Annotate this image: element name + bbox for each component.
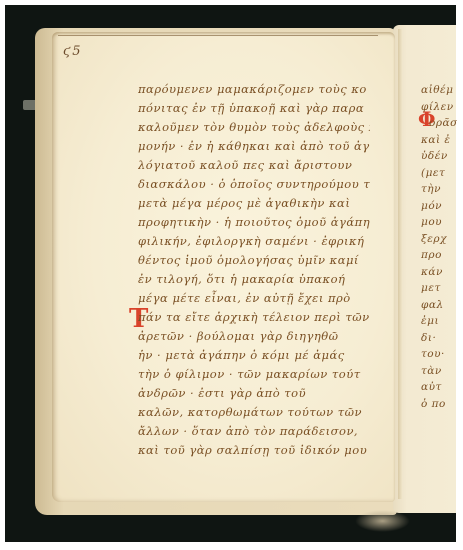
text-line: παρόυμενεν μαμακάριζομεν τοὺς κο xyxy=(138,80,370,99)
text-line: κάν xyxy=(421,264,457,281)
text-line: μετ xyxy=(421,280,457,297)
text-line: καλοῦμεν τὸν θυμὸν τοὺς ἀδελφοὺς πο xyxy=(138,118,370,137)
text-line: αὐτ xyxy=(421,379,457,396)
text-line: μέγα μέτε εἶναι, ἐν αὐτῇ ἔχει πρὸ xyxy=(138,289,370,308)
text-line: μόν xyxy=(421,198,457,215)
text-line: ἡν · μετὰ ἀγάπην ὁ κόμι μέ ἀμάς xyxy=(138,346,370,365)
text-line: καὶ τοῦ γὰρ σαλπίσῃ τοῦ ἰδικόν μου xyxy=(138,441,370,460)
text-line: ὑδέν xyxy=(421,148,457,165)
left-page-text: παρόυμενεν μαμακάριζομεν τοὺς κο πόνιτας… xyxy=(138,80,370,460)
text-line: πάν τα εἴτε ἀρχικὴ τέλειον περὶ τῶν ὤν xyxy=(138,308,370,327)
text-line: ἐν τιλογή, ὅτι ἡ μακαρία ὑπακοή xyxy=(138,270,370,289)
text-line: ξερχ xyxy=(421,231,457,248)
binding-thread-tassel xyxy=(355,510,410,532)
text-line: πόνιτας ἐν τῇ ὑπακοῇ καὶ γὰρ παρα xyxy=(138,99,370,118)
text-line: καὶ ἐ xyxy=(421,132,457,149)
text-line: ἀνδρῶν · ἐστι γὰρ ἀπὸ τοῦ xyxy=(138,384,370,403)
text-line: μονήν · ἐν ἡ κάθηκαι καὶ ἀπὸ τοῦ ἀγα xyxy=(138,137,370,156)
text-line: τὴν ὁ φίλιμον · τῶν μακαρίων τούτ xyxy=(138,365,370,384)
text-line: θέντος ἰμοῦ ὁμολογήσας ὑμῖν καμί xyxy=(138,251,370,270)
text-line: προ xyxy=(421,247,457,264)
text-line: μετὰ μέγα μέρος μὲ ἀγαθικὴν καὶ xyxy=(138,194,370,213)
text-line: προφητικὴν · ἡ ποιοῦτος ὁμοῦ ἀγάπη xyxy=(138,213,370,232)
text-line: τὰν xyxy=(421,363,457,380)
page-top-rule xyxy=(58,35,378,36)
text-line: δι· xyxy=(421,330,457,347)
text-line: τὴν xyxy=(421,181,457,198)
text-line: ἐμι xyxy=(421,313,457,330)
text-line: αἰθέμ xyxy=(421,82,457,99)
text-line: (μετ xyxy=(421,165,457,182)
text-line: διασκάλου · ὁ ὁποῖος συντηρούμου τὰς xyxy=(138,175,370,194)
text-line: φιλικήν, ἐφιλοργκὴ σαμένι · ἐφρική xyxy=(138,232,370,251)
text-line: ὁ πο xyxy=(421,396,457,413)
text-line: μου xyxy=(421,214,457,231)
text-line: λόγιατοῦ καλοῦ πες καὶ ἄριστουν xyxy=(138,156,370,175)
text-line: ορᾶσ xyxy=(421,115,457,132)
book-gutter xyxy=(398,29,402,499)
text-line: ἄλλων · ὅταν ἀπὸ τὸν παράδεισον, xyxy=(138,422,370,441)
folio-number: ϛ5 xyxy=(63,44,83,59)
text-line: καλῶν, κατορθωμάτων τούτων τῶν xyxy=(138,403,370,422)
text-line: ἀρετῶν · βούλομαι γὰρ διηγηθῶ xyxy=(138,327,370,346)
text-line: του· xyxy=(421,346,457,363)
right-page-text: αἰθέμ φίλεν ορᾶσ καὶ ἐ ὑδέν (μετ τὴν μόν… xyxy=(421,82,457,412)
text-line: φαλ xyxy=(421,297,457,314)
text-line: φίλεν xyxy=(421,99,457,116)
